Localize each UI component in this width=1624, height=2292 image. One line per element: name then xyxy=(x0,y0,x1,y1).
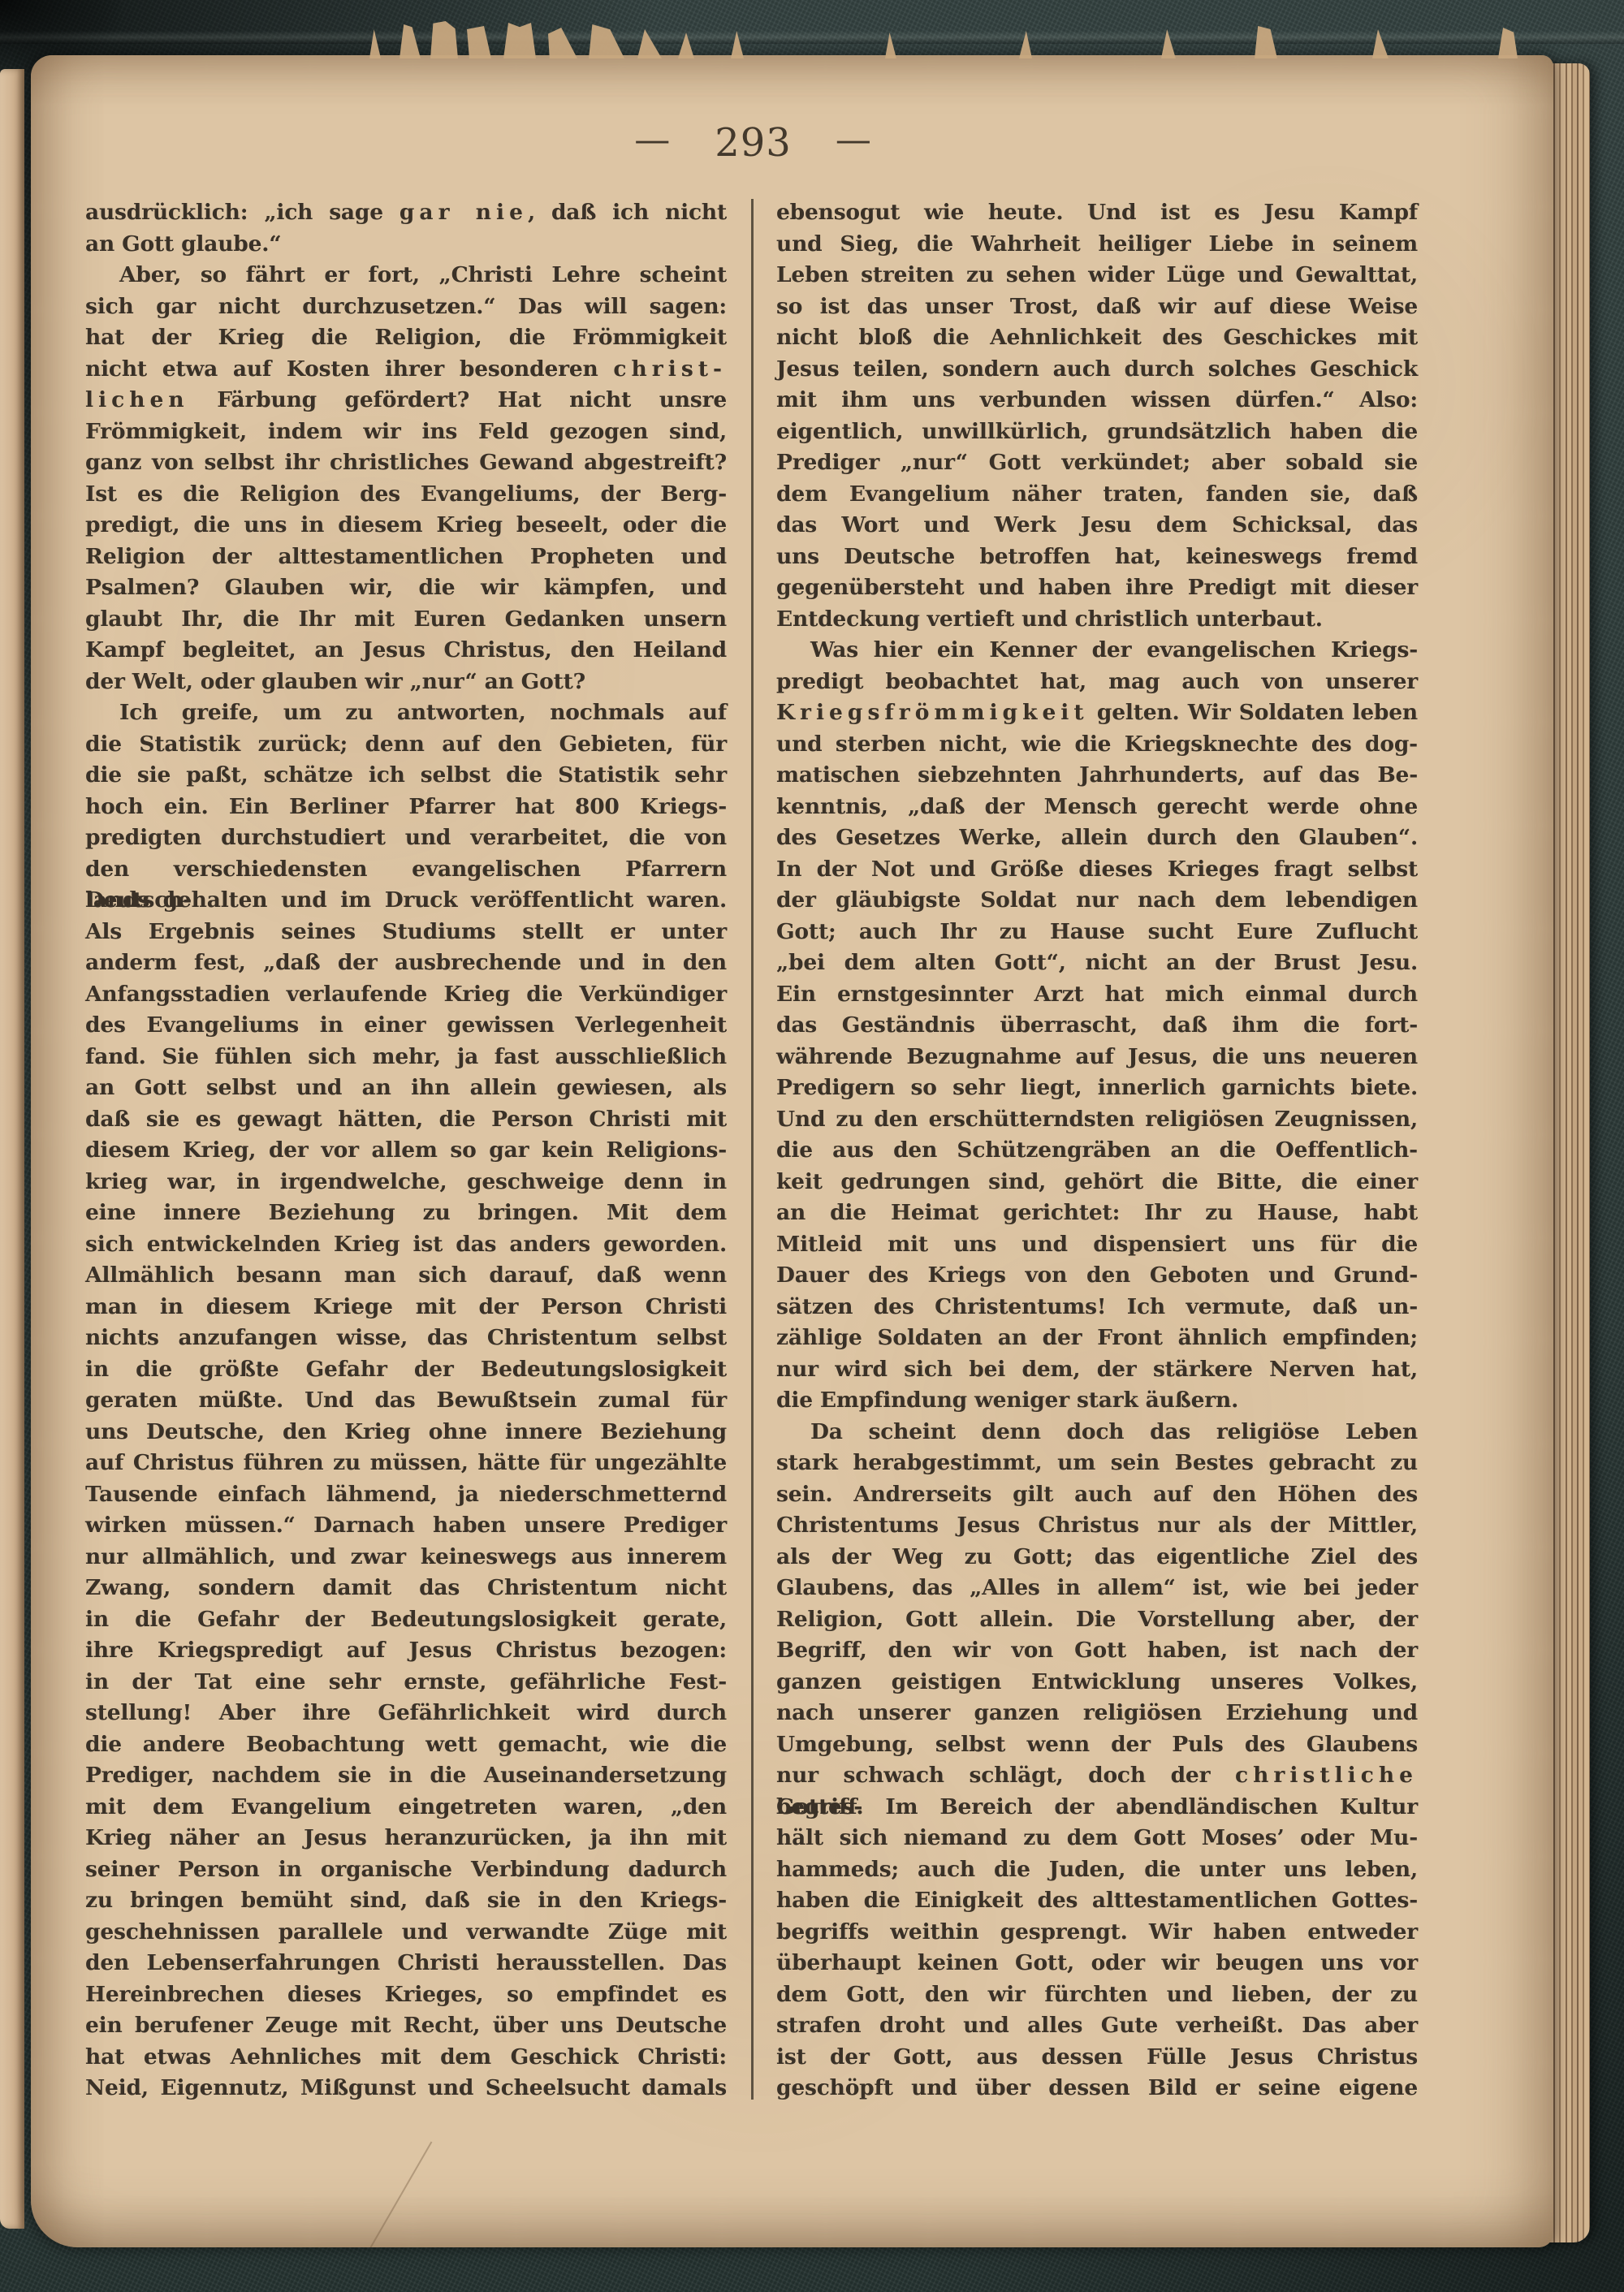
text-line: Religion, Gott allein. Die Vorstellung a… xyxy=(776,1604,1418,1636)
text-line: man in diesem Kriege mit der Person Chri… xyxy=(85,1292,727,1323)
text-line: nur schwach schlägt, doch der christlich… xyxy=(776,1760,1418,1792)
text-line: nach unserer ganzen religiösen Erziehung… xyxy=(776,1698,1418,1729)
text-line: Frömmigkeit, indem wir ins Feld gezogen … xyxy=(85,417,727,448)
text-line: Entdeckung vertieft und christlich unter… xyxy=(776,604,1418,636)
scanned-book-photo: — 293 — ausdrücklich: „ich sage gar nie,… xyxy=(0,0,1624,2292)
torn-paper-bit xyxy=(548,28,577,58)
text-line: sich entwickelnden Krieg ist das anders … xyxy=(85,1229,727,1261)
text-line: mit ihm uns verbunden wissen dürfen.“ Al… xyxy=(776,385,1418,417)
text-line: Was hier ein Kenner der evangelischen Kr… xyxy=(776,635,1418,667)
torn-paper-bit xyxy=(1255,26,1277,58)
text-line: überhaupt keinen Gott, oder wir beugen u… xyxy=(776,1948,1418,1979)
text-line: strafen droht und alles Gute verheißt. D… xyxy=(776,2010,1418,2042)
text-line: in der Tat eine sehr ernste, gefährliche… xyxy=(85,1667,727,1698)
text-line: Krieg näher an Jesus heranzurücken, ja i… xyxy=(85,1823,727,1854)
text-line: stark herabgestimmt, um sein Bestes gebr… xyxy=(776,1448,1418,1479)
text-line: Prediger, nachdem sie in die Auseinander… xyxy=(85,1760,727,1792)
text-line: nichts anzufangen wisse, das Christentum… xyxy=(85,1323,727,1354)
text-line: die aus den Schützengräben an die Oeffen… xyxy=(776,1135,1418,1167)
page-number: 293 xyxy=(715,120,792,166)
text-line: krieg war, in irgendwelche, geschweige d… xyxy=(85,1167,727,1198)
text-line: lichen Färbung gefördert? Hat nicht unsr… xyxy=(85,385,727,417)
text-line: sätzen des Christentums! Ich vermute, da… xyxy=(776,1292,1418,1323)
text-line: haben die Einigkeit des alttestamentlich… xyxy=(776,1885,1418,1917)
text-line: Dauer des Kriegs von den Geboten und Gru… xyxy=(776,1260,1418,1292)
text-line: Tausende einfach lähmend, ja niederschme… xyxy=(85,1479,727,1511)
torn-paper-bit xyxy=(369,29,381,58)
text-line: anderm fest, „daß der ausbrechende und i… xyxy=(85,947,727,979)
text-line: das Wort und Werk Jesu dem Schicksal, da… xyxy=(776,510,1418,542)
text-line: ganz von selbst ihr christliches Gewand … xyxy=(85,447,727,479)
text-line: kenntnis, „daß der Mensch gerecht werde … xyxy=(776,792,1418,823)
text-line: diesem Krieg, der vor allem so gar kein … xyxy=(85,1135,727,1167)
header-dash-right: — xyxy=(836,119,872,161)
text-line: ein berufener Zeuge mit Recht, über uns … xyxy=(85,2010,727,2042)
text-line: Anfangsstadien verlaufende Krieg die Ver… xyxy=(85,979,727,1011)
text-line: glaubt Ihr, die Ihr mit Euren Gedanken u… xyxy=(85,604,727,636)
text-line: seiner Person in organische Verbindung d… xyxy=(85,1854,727,1886)
text-line: die Statistik zurück; denn auf den Gebie… xyxy=(85,729,727,761)
text-line: ihre Kriegspredigt auf Jesus Christus be… xyxy=(85,1635,727,1667)
text-line: nur wird sich bei dem, der stärkere Nerv… xyxy=(776,1354,1418,1386)
text-line: Psalmen? Glauben wir, die wir kämpfen, u… xyxy=(85,572,727,604)
text-line: Ein ernstgesinnter Arzt hat mich einmal … xyxy=(776,979,1418,1011)
text-line: uns Deutsche, den Krieg ohne innere Bezi… xyxy=(85,1417,727,1448)
torn-paper-fragments xyxy=(0,0,1624,114)
text-line: mit dem Evangelium eingetreten waren, „d… xyxy=(85,1792,727,1824)
text-line: hoch ein. Ein Berliner Pfarrer hat 800 K… xyxy=(85,792,727,823)
text-line: predigten durchstudiert und verarbeitet,… xyxy=(85,822,727,854)
text-line: und Sieg, die Wahrheit heiliger Liebe in… xyxy=(776,229,1418,261)
text-line: an Gott glaube.“ xyxy=(85,229,727,261)
text-line: und sterben nicht, wie die Kriegsknechte… xyxy=(776,729,1418,761)
text-line: des Evangeliums in einer gewissen Verleg… xyxy=(85,1010,727,1042)
text-line: an die Heimat gerichtet: Ihr zu Hause, h… xyxy=(776,1198,1418,1229)
text-line: ganzen geistigen Entwicklung unseres Vol… xyxy=(776,1667,1418,1698)
text-line: den verschiedensten evangelischen Pfarre… xyxy=(85,854,727,886)
text-line: geschöpft und über dessen Bild er seine … xyxy=(776,2073,1418,2104)
text-line: In der Not und Größe dieses Krieges frag… xyxy=(776,854,1418,886)
text-line: eine innere Beziehung zu bringen. Mit de… xyxy=(85,1198,727,1229)
text-line: die Empfindung weniger stark äußern. xyxy=(776,1385,1418,1417)
torn-paper-bit xyxy=(503,23,536,58)
text-line: „bei dem alten Gott“, nicht an der Brust… xyxy=(776,947,1418,979)
text-line: die andere Beobachtung wett gemacht, wie… xyxy=(85,1729,727,1761)
torn-paper-bit xyxy=(1498,28,1518,58)
text-line: den Lebenserfahrungen Christi herausstel… xyxy=(85,1948,727,1979)
text-line: Kriegsfrömmigkeit gelten. Wir Soldaten l… xyxy=(776,697,1418,729)
text-line: lands gehalten und im Druck veröffentlic… xyxy=(85,885,727,917)
text-line: begriff. Im Bereich der abendländischen … xyxy=(776,1792,1418,1824)
text-line: Und zu den erschütterndsten religiösen Z… xyxy=(776,1104,1418,1136)
torn-paper-bit xyxy=(885,32,896,58)
text-line: Da scheint denn doch das religiöse Leben xyxy=(776,1417,1418,1448)
text-line: in die Gefahr der Bedeutungslosigkeit ge… xyxy=(85,1604,727,1636)
text-line: Als Ergebnis seines Studiums stellt er u… xyxy=(85,917,727,948)
text-line: Religion der alttestamentlichen Prophete… xyxy=(85,542,727,573)
text-line: nicht bloß die Aehnlichkeit des Geschick… xyxy=(776,322,1418,354)
text-line: Christentums Jesus Christus nur als der … xyxy=(776,1510,1418,1542)
page-header: — 293 — xyxy=(85,120,1421,166)
text-line: so ist das unser Trost, daß wir auf dies… xyxy=(776,291,1418,323)
text-line: daß sie es gewagt hätten, die Person Chr… xyxy=(85,1104,727,1136)
text-line: sein. Andrerseits gilt auch auf den Höhe… xyxy=(776,1479,1418,1511)
text-line: gegenübersteht und haben ihre Predigt mi… xyxy=(776,572,1418,604)
torn-paper-bit xyxy=(467,26,491,58)
torn-paper-bit xyxy=(1372,29,1389,58)
text-line: hat etwas Aehnliches mit dem Geschick Ch… xyxy=(85,2042,727,2074)
column-divider xyxy=(751,199,754,2100)
text-line: Predigern so sehr liegt, innerlich garni… xyxy=(776,1073,1418,1104)
text-line: das Geständnis überrascht, daß ihm die f… xyxy=(776,1010,1418,1042)
text-columns: ausdrücklich: „ich sage gar nie, daß ich… xyxy=(85,197,1421,2104)
text-line: hat der Krieg die Religion, die Frömmigk… xyxy=(85,322,727,354)
text-line: Ich greife, um zu antworten, nochmals au… xyxy=(85,697,727,729)
torn-paper-bit xyxy=(1161,29,1176,58)
text-line: Begriff, den wir von Gott haben, ist nac… xyxy=(776,1635,1418,1667)
text-line: Jesus teilen, sondern auch durch solches… xyxy=(776,354,1418,386)
torn-paper-bit xyxy=(1019,31,1032,58)
text-line: nicht etwa auf Kosten ihrer besonderen c… xyxy=(85,354,727,386)
torn-paper-bit xyxy=(678,32,694,58)
column-left: ausdrücklich: „ich sage gar nie, daß ich… xyxy=(85,197,727,2104)
torn-paper-bit xyxy=(589,24,624,58)
text-line: sich gar nicht durchzusetzen.“ Das will … xyxy=(85,291,727,323)
column-right: ebensogut wie heute. Und ist es Jesu Kam… xyxy=(776,197,1418,2104)
text-line: ebensogut wie heute. Und ist es Jesu Kam… xyxy=(776,197,1418,229)
text-line: begriffs weithin gesprengt. Wir haben en… xyxy=(776,1917,1418,1949)
text-line: als der Weg zu Gott; das eigentliche Zie… xyxy=(776,1542,1418,1573)
text-line: ist der Gott, aus dessen Fülle Jesus Chr… xyxy=(776,2042,1418,2074)
text-line: der gläubigste Soldat nur nach dem leben… xyxy=(776,885,1418,917)
text-line: predigt beobachtet hat, mag auch von uns… xyxy=(776,667,1418,698)
torn-paper-bit xyxy=(637,29,662,58)
text-line: Umgebung, selbst wenn der Puls des Glaub… xyxy=(776,1729,1418,1761)
text-line: Ist es die Religion des Evangeliums, der… xyxy=(85,479,727,511)
text-line: hammeds; auch die Juden, die unter uns l… xyxy=(776,1854,1418,1886)
text-line: nur allmählich, und zwar keineswegs aus … xyxy=(85,1542,727,1573)
text-line: zu bringen bemüht sind, daß sie in den K… xyxy=(85,1885,727,1917)
text-line: dem Gott, den wir fürchten und lieben, d… xyxy=(776,1979,1418,2011)
text-line: des Gesetzes Werke, allein durch den Gla… xyxy=(776,822,1418,854)
text-line: währende Bezugnahme auf Jesus, die uns n… xyxy=(776,1042,1418,1073)
text-line: Gott; auch Ihr zu Hause sucht Eure Zuflu… xyxy=(776,917,1418,948)
text-line: Hereinbrechen dieses Krieges, so empfind… xyxy=(85,1979,727,2011)
text-line: der Welt, oder glauben wir „nur“ an Gott… xyxy=(85,667,727,698)
text-line: die sie paßt, schätze ich selbst die Sta… xyxy=(85,760,727,792)
text-line: zählige Soldaten an der Front ähnlich em… xyxy=(776,1323,1418,1354)
text-line: wirken müssen.“ Darnach haben unsere Pre… xyxy=(85,1510,727,1542)
paper-scratch xyxy=(370,2142,433,2248)
text-line: Mitleid mit uns und dispensiert uns für … xyxy=(776,1229,1418,1261)
text-line: Zwang, sondern damit das Christentum nic… xyxy=(85,1573,727,1604)
text-line: Glaubens, das „Alles in allem“ ist, wie … xyxy=(776,1573,1418,1604)
text-line: eigentlich, unwillkürlich, grundsätzlich… xyxy=(776,417,1418,448)
torn-paper-bit xyxy=(400,24,421,58)
torn-paper-bit xyxy=(731,31,744,58)
text-line: Kampf begleitet, an Jesus Christus, den … xyxy=(85,635,727,667)
text-line: uns Deutsche betroffen hat, keineswegs f… xyxy=(776,542,1418,573)
facing-page-edge xyxy=(0,69,24,2229)
text-line: geschehnissen parallele und verwandte Zü… xyxy=(85,1917,727,1949)
text-line: auf Christus führen zu müssen, hätte für… xyxy=(85,1448,727,1479)
text-line: ausdrücklich: „ich sage gar nie, daß ich… xyxy=(85,197,727,229)
text-line: Prediger „nur“ Gott verkündet; aber soba… xyxy=(776,447,1418,479)
torn-paper-bit xyxy=(430,21,458,58)
header-dash-left: — xyxy=(634,119,671,161)
text-line: in die größte Gefahr der Bedeutungslosig… xyxy=(85,1354,727,1386)
text-line: Neid, Eigennutz, Mißgunst und Scheelsuch… xyxy=(85,2073,727,2104)
text-line: matischen siebzehnten Jahrhunderts, auf … xyxy=(776,760,1418,792)
text-line: predigt, die uns in diesem Krieg beseelt… xyxy=(85,510,727,542)
text-line: Allmählich besann man sich darauf, daß w… xyxy=(85,1260,727,1292)
text-line: dem Evangelium näher traten, fanden sie,… xyxy=(776,479,1418,511)
text-line: geraten müßte. Und das Bewußtsein zumal … xyxy=(85,1385,727,1417)
text-line: keit gedrungen sind, gehört die Bitte, d… xyxy=(776,1167,1418,1198)
text-line: stellung! Aber ihre Gefährlichkeit wird … xyxy=(85,1698,727,1729)
text-line: Aber, so fährt er fort, „Christi Lehre s… xyxy=(85,260,727,291)
text-line: Leben streiten zu sehen wider Lüge und G… xyxy=(776,260,1418,291)
text-line: an Gott selbst und an ihn allein gewiese… xyxy=(85,1073,727,1104)
text-line: fand. Sie fühlen sich mehr, ja fast auss… xyxy=(85,1042,727,1073)
text-line: hält sich niemand zu dem Gott Moses’ ode… xyxy=(776,1823,1418,1854)
